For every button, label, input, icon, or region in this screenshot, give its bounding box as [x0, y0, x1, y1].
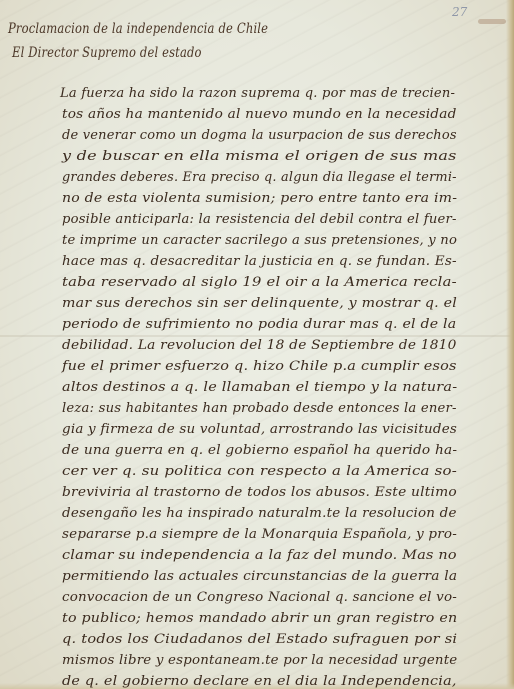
- body-line: mismos libre y espontaneam.te por la nec…: [62, 652, 457, 667]
- body-line: de venerar como un dogma la usurpacion d…: [62, 127, 457, 142]
- folio-number: 27: [452, 5, 467, 19]
- body-line: mar sus derechos sin ser delinquente, y …: [62, 295, 457, 310]
- body-line: de q. el gobierno declare en el dia la I…: [62, 673, 457, 688]
- body-line: convocacion de un Congreso Nacional q. s…: [62, 589, 457, 604]
- ink-stain: [478, 19, 506, 24]
- body-line: te imprime un caracter sacrilego a sus p…: [62, 232, 457, 247]
- manuscript-page: 27 Proclamacion de la independencia de C…: [0, 0, 514, 689]
- body-line: y de buscar en ella misma el origen de s…: [62, 148, 457, 163]
- body-line: fue el primer esfuerzo q. hizo Chile p.a…: [62, 358, 457, 373]
- body-line: separarse p.a siempre de la Monarquia Es…: [62, 526, 457, 541]
- body-line: breviviria al trastorno de todos los abu…: [62, 484, 457, 499]
- body-line: clamar su independencia a la faz del mun…: [62, 547, 457, 562]
- body-line: permitiendo las actuales circunstancias …: [62, 568, 457, 583]
- body-line: leza: sus habitantes han probado desde e…: [62, 400, 457, 415]
- body-line: cer ver q. su politica con respecto a la…: [62, 463, 457, 478]
- body-line: q. todos los Ciudadanos del Estado sufra…: [62, 631, 457, 646]
- body-line: de una guerra en q. el gobierno español …: [62, 442, 457, 457]
- heading-addressee: El Director Supremo del estado: [12, 45, 202, 61]
- body-line: grandes deberes. Era preciso q. algun di…: [62, 169, 457, 184]
- body-line: tos años ha mantenido al nuevo mundo en …: [62, 106, 457, 121]
- body-line: debilidad. La revolucion del 18 de Septi…: [62, 337, 457, 352]
- paper-edge-right: [506, 0, 514, 689]
- body-line: periodo de sufrimiento no podia durar ma…: [62, 316, 456, 331]
- body-line: taba reservado al siglo 19 el oir a la A…: [62, 274, 457, 289]
- body-line: desengaño les ha inspirado naturalm.te l…: [62, 505, 457, 520]
- body-line: hace mas q. desacreditar la justicia en …: [62, 253, 457, 268]
- body-line: to publico; hemos mandado abrir un gran …: [62, 610, 457, 625]
- body-line: altos destinos a q. le llamaban el tiemp…: [62, 379, 457, 394]
- body-line: La fuerza ha sido la razon suprema q. po…: [60, 85, 455, 100]
- heading-title: Proclamacion de la independencia de Chil…: [8, 21, 268, 37]
- body-line: gia y firmeza de su voluntad, arrostrand…: [62, 421, 457, 436]
- body-line: no de esta violenta sumision; pero entre…: [62, 190, 457, 205]
- body-line: posible anticiparla: la resistencia del …: [62, 211, 457, 226]
